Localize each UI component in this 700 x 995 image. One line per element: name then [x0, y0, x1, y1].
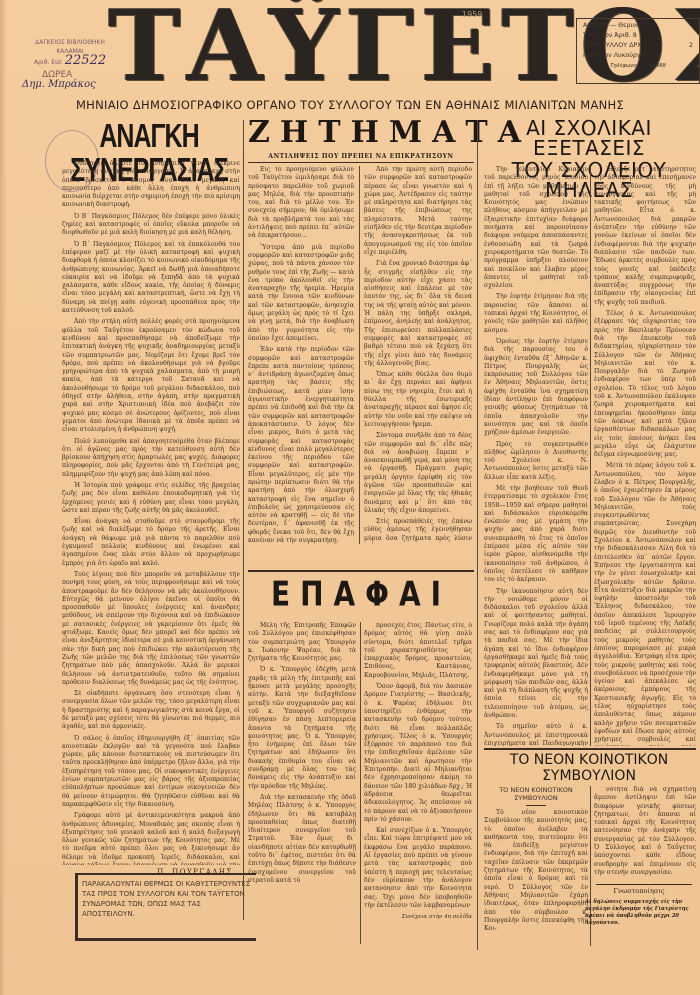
- section-rule: [484, 748, 696, 750]
- paragraph: Ὅπως κάθε θύελλα ὅσο θυμὸ κι΄ ἂν ἔχῃ περ…: [364, 371, 472, 429]
- pencil-year: 1959: [462, 10, 482, 19]
- paragraph: Ἡ Ἱστορία ποὺ γράφομε στὶς σελίδες τῆς β…: [62, 482, 240, 515]
- announcement-title: Γνωστοποίησις: [585, 887, 693, 895]
- masthead-title: ΤΑΫΓΕΤΟΣ: [108, 4, 563, 90]
- paragraph: Καὶ συνεχίζων ὁ κ. Ὑπουργὸς εἶπε. Καὶ τώ…: [364, 827, 472, 910]
- paragraph: Μέλη τῆς Ἐπιτροπῆς Ἐπαφῶν τοῦ Συλλόγου μ…: [248, 622, 356, 663]
- paragraph: Εἰς τὸ προηγούμενο φύλλον τοῦ Ταϋγέτου ὡ…: [248, 166, 354, 241]
- headline-epafai: ΕΠΑΦΑΙ: [248, 578, 474, 612]
- paragraph: Εἶναι ἀνάγκη νὰ σταθοῦμε στὸ σταυροδρόμι…: [62, 518, 240, 568]
- subscription-notice: ΠΑΡΑΚΑΛΟΥΝΤΑΙ ΘΕΡΜΩΣ ΟΙ ΚΑΘΥΣΤΕΡΟΥΝΤΕΣ Τ…: [75, 873, 256, 941]
- issue-infobox: ΑΘΗΝΑΙ — Θερινόν Έτος 2ον Άριθ. 8 ΤΙΜΗ Φ…: [576, 18, 700, 84]
- headline-koinotikon: ΤΟ ΝΕΟΝ ΚΟΙΝΟΤΙΚΟΝ ΣΥΜΒΟΥΛΙΟΝ: [482, 753, 696, 783]
- paragraph: Ὅσον ἀφορᾷ, διὰ τὸν Δασικὸν Δρόμον Γιατρ…: [364, 683, 472, 824]
- continued-note: Συνέχεια στὴν 4η σελίδα: [364, 913, 472, 921]
- info-city: ΑΘΗΝΑΙ — Θερινόν: [583, 21, 693, 31]
- paragraph: Τὸ νέον κοινοτικὸν Συμβούλιον τῆς κοινότ…: [484, 809, 588, 933]
- info-phone: Τηλέφωνον : 533.488: [583, 61, 693, 71]
- donation-stamp: ΔΩΡΕΑ Δημ. Μπράκος: [22, 70, 122, 90]
- paragraph: προσεχὲς ἔτος. Πάντως εἶτε, ὁ δρόμος αὐτ…: [364, 622, 472, 680]
- info-issue: Έτος 2ον Άριθ. 8: [583, 31, 693, 41]
- paragraph: Τὴν ἑορτὴν ἐτίμησαν διὰ τῆς παρουσίας τῶ…: [484, 293, 588, 334]
- headline-line: ΣΥΜΒΟΥΛΙΟΝ: [482, 769, 696, 783]
- tagline: ΜΗΝΙΑΙΟ ΔΗΜΟΣΙΟΓΡΑΦΙΚΟ ΟΡΓΑΝΟ ΤΟΥ ΣΥΛΛΟΓ…: [0, 98, 700, 112]
- article-scholikai-col2: Ἤλεγξε μετ΄ αὐστηρότητος τὴν ἀδιαφορίαν …: [594, 166, 696, 746]
- paragraph: Πολὺ λυπούμεθα καὶ ἀπαγοητευόμεθα ὅταν β…: [62, 438, 240, 479]
- article-anagki: Οὐδέποτε ἄλλοτε τὸ ἀνθρώπινο γένος διέκρ…: [62, 160, 240, 865]
- paragraph: Ἐὰν κατὰ τὴν περίοδον τῶν συμφορῶν καὶ κ…: [248, 346, 354, 544]
- paragraph: Διὰ τὴν κατασκευὴν τῆς ὁδοῦ Μηλέας Πλάτσ…: [248, 794, 356, 885]
- paragraph: Τὴν ἱκανοποίησιν αὐτὴ δὲν τὴν νοιώθομε μ…: [484, 588, 588, 721]
- info-price: 2: [689, 41, 693, 51]
- paragraph: Ἀπὸ τὴν στήλη αὐτὴ πολλὲς φορὲς στὰ προη…: [62, 318, 240, 434]
- article-scholikai-col1: Τὴν τελευταίαν Κυριακὴν τοῦ παρελθόντος …: [484, 166, 588, 746]
- paragraph: Ὁ Β΄ Παγκόσμιος Πόλεμος δὲν ἐπέφερε μόνο…: [62, 213, 240, 238]
- subheadline-zitimata: ΑΝΤΙΛΗΨΕΙΣ ΠΟΥ ΠΡΕΠΕΙ ΝΑ ΕΠΙΚΡΑΤΗΣΟΥΝ: [248, 153, 474, 160]
- article-zitimata-col1: Εἰς τὸ προηγούμενο φύλλον τοῦ Ταϋγέτου ὡ…: [248, 166, 354, 544]
- paragraph: Σύντομα συνῆλθε ἀπὸ τὸ δέος τῶν συμφορῶν…: [364, 432, 472, 515]
- info-office: Γραφεῖον Λυκούργου 18: [583, 51, 693, 61]
- announcement-body: Αἱ δηλώσεις συμμετοχῆς εἰς τὴν μεγάλην ἐ…: [585, 899, 693, 927]
- newspaper-page: ΔΑΓΚΕΙΟΣ ΒΙΒΛΙΟΘΗΚΗ ΚΑΛΑΜΑΙ Αριθ. Εισ. 2…: [0, 0, 700, 995]
- subheadline-koinotikon: ΤΟ ΝΕΟΝ ΚΟΙΝΟΤΙΚΟΝ ΣΥΜΒΟΥΛΙΟΝ: [484, 786, 588, 802]
- headline-line: ΤΟ ΝΕΟΝ ΚΟΙΝΟΤΙΚΟΝ: [482, 753, 696, 767]
- paragraph: Γράφομε αὐτὸ μὲ ἀντικειμενικότητα μακρυὰ…: [62, 812, 240, 865]
- column-rule: [590, 166, 591, 746]
- column-rule: [243, 120, 244, 920]
- rule: [526, 805, 546, 806]
- paragraph: Ὁμοίως τὴν ἑορτὴν ἐτίμησε διὰ τῆς παρουσ…: [484, 338, 588, 438]
- paragraph: Τοὺς λίγους ποὺ δὲν μποροῦν νὰ μεταβάλλο…: [62, 571, 240, 687]
- column-rule: [360, 622, 361, 944]
- stamp-line: ΔΑΓΚΕΙΟΣ ΒΙΒΛΙΟΘΗΚΗ: [30, 38, 110, 47]
- paragraph: Ἤλεγξε μετ΄ αὐστηρότητος τὴν ἀδιαφορίαν …: [594, 166, 696, 307]
- paragraph: Μετὰ τὸ πέρας λόγου τοῦ κ. Ἀντωνοπούλου,…: [594, 462, 696, 746]
- stamp-reg-label: Αριθ. Εισ.: [34, 59, 63, 66]
- info-price-label: ΤΙΜΗ ΦΥΛΛΟΥ ΔΡΧ.: [583, 41, 644, 51]
- paragraph: Στὶς προσπάθειές της ἐπάνω εὐθὺς ἀμέσως …: [364, 518, 472, 544]
- paragraph: Μὲ τὴν βοήθειαν τοῦ Θεοῦ ἐτερματίσαμε τὸ…: [484, 485, 588, 585]
- rule: [596, 884, 692, 885]
- article-epafai-col2: προσεχὲς ἔτος. Πάντως εἶτε, ὁ δρόμος αὐτ…: [364, 622, 472, 944]
- column-rule: [359, 166, 360, 544]
- paragraph: Πρὸς τὸ συγκεντρωθὲν πλῆθος ὡμίλησεν ὁ Δ…: [484, 441, 588, 482]
- article-epafai-col1: Μέλη τῆς Ἐπιτροπῆς Ἐπαφῶν τοῦ Συλλόγου μ…: [248, 622, 356, 944]
- article-koinotikon-col1: ΤΟ ΝΕΟΝ ΚΟΙΝΟΤΙΚΟΝ ΣΥΜΒΟΥΛΙΟΝ Τὸ νέον κο…: [484, 786, 588, 946]
- paragraph: Τέλος ὁ κ. Ἀντωνόπουλος ἐξέφρασε τὰς εὐχ…: [594, 310, 696, 459]
- paragraph: Ὁ Β΄ Παγκόσμιος Πόλεμος καὶ τὰ ἐπακόλουθ…: [62, 241, 240, 316]
- paragraph: Ὁ σάλος ὁ ὁποῖος ἐδημιουργήθη ἐξ΄ ὁπαιτί…: [62, 735, 240, 810]
- section-rule: [248, 570, 474, 572]
- announcement: Γνωστοποίησις Αἱ δηλώσεις συμμετοχῆς εἰς…: [585, 887, 693, 927]
- headline-line: ΑΙ ΣΧΟΛΙΚΑΙ ΕΞΕΤΑΣΕΙΣ: [482, 118, 696, 158]
- stamp-reg-number: 22522: [65, 53, 106, 68]
- article-zitimata-col2: Ἀπὸ τὴν πρώτη αὐτὴ περίοδο τῶν συμφορῶν …: [364, 166, 472, 544]
- paragraph: Ὕστερα ἀπὸ μιὰ περίοδο συμφορῶν καὶ κατα…: [248, 244, 354, 344]
- library-stamp: ΔΑΓΚΕΙΟΣ ΒΙΒΛΙΟΘΗΚΗ ΚΑΛΑΜΑΙ Αριθ. Εισ. 2…: [30, 38, 110, 67]
- paragraph: Οὐδέποτε ἄλλοτε τὸ ἀνθρώπινο γένος διέκρ…: [62, 160, 240, 210]
- headline-zitimata: ΖΗΤΗΜΑΤΑ: [248, 118, 474, 148]
- paragraph: Τὸ σημεῖον αὐτὸ ὁ κ. Ἀντωνόπουλος μὲ ἐπι…: [484, 723, 588, 746]
- paragraph: Σὲ οἱαδήποτε ὀργάνωση ὅσο στενότερη εἶνα…: [62, 690, 240, 731]
- rule: [248, 162, 474, 163]
- paragraph: νότητα διὰ νὰ σχηματίσῃ ἄμεσον ἀντίληψιν…: [594, 786, 696, 877]
- paragraph: Ὁ κ. Ὑπουργὸς ἐδέχθη μετὰ χαρᾶς τὰ μέλη …: [248, 666, 356, 790]
- paragraph: Γιὰ ἕνα χρονικὸ διάστημα ἀφ΄ ἧς στιγμῆς …: [364, 260, 472, 368]
- article-koinotikon-col2: νότητα διὰ νὰ σχηματίσῃ ἄμεσον ἀντίληψιν…: [594, 786, 696, 881]
- handwritten-note: Δημ. Μπράκος: [22, 80, 122, 90]
- page-edge: [0, 0, 6, 995]
- paragraph: Ἀπὸ τὴν πρώτη αὐτὴ περίοδο τῶν συμφορῶν …: [364, 166, 472, 257]
- paragraph: Τὴν τελευταίαν Κυριακὴν τοῦ παρελθόντος …: [484, 166, 588, 290]
- column-rule: [477, 120, 478, 950]
